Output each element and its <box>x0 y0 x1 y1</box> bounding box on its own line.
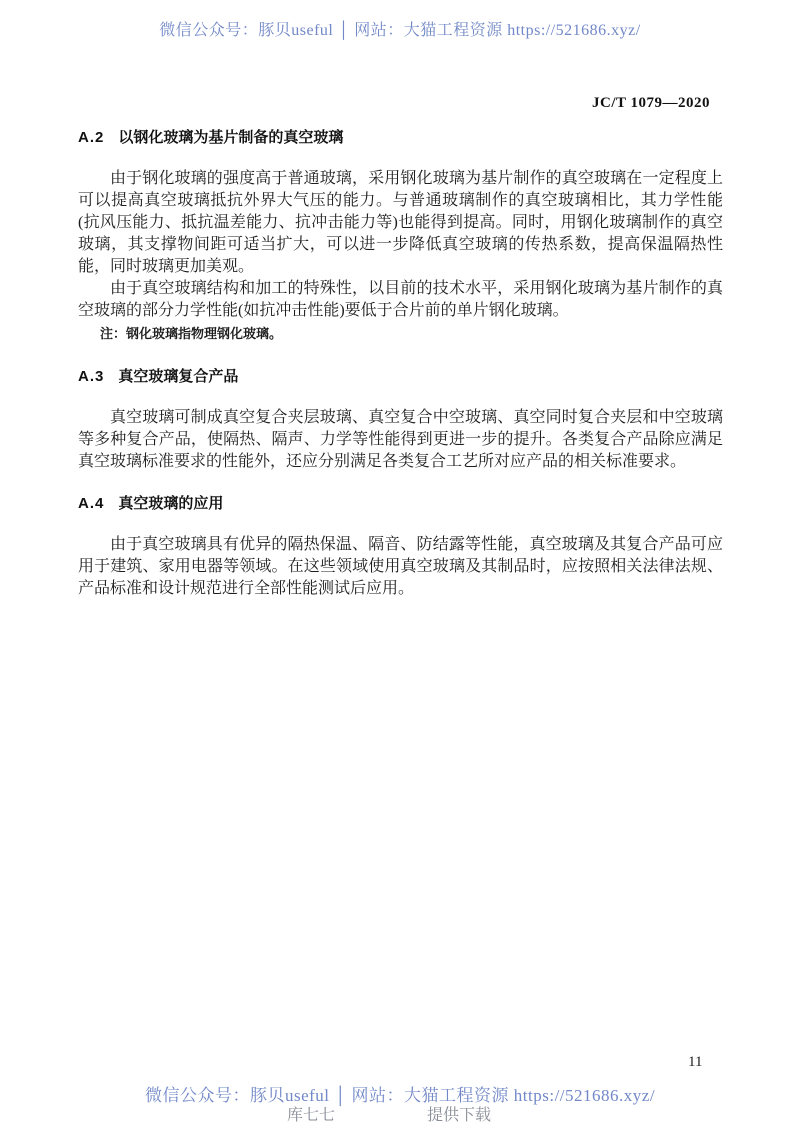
section-number: A.4 <box>78 495 104 513</box>
section-title: 真空玻璃的应用 <box>118 495 223 513</box>
section-title: 以钢化玻璃为基片制备的真空玻璃 <box>118 129 343 147</box>
section-heading-a3: A.3 真空玻璃复合产品 <box>78 368 723 386</box>
section-number: A.2 <box>78 129 104 147</box>
download-label: 提供下载 <box>427 1102 491 1125</box>
section-heading-a2: A.2 以钢化玻璃为基片制备的真空玻璃 <box>78 129 723 147</box>
header-watermark: 微信公众号：豚贝useful │ 网站：大猫工程资源 https://52168… <box>0 17 800 40</box>
source-site-name: 库七七 <box>287 1102 335 1125</box>
paragraph: 真空玻璃可制成真空复合夹层玻璃、真空复合中空玻璃、真空同时复合夹层和中空玻璃等多… <box>78 407 723 473</box>
document-body: A.2 以钢化玻璃为基片制备的真空玻璃 由于钢化玻璃的强度高于普通玻璃，采用钢化… <box>78 129 723 600</box>
note-text: 注：钢化玻璃指物理钢化玻璃。 <box>100 325 723 342</box>
paragraph: 由于真空玻璃结构和加工的特殊性，以目前的技术水平，采用钢化玻璃为基片制作的真空玻… <box>78 278 723 322</box>
footer-download-line: 库七七 提供下载 <box>0 1102 800 1122</box>
paragraph: 由于钢化玻璃的强度高于普通玻璃，采用钢化玻璃为基片制作的真空玻璃在一定程度上可以… <box>78 168 723 278</box>
standard-number: JC/T 1079—2020 <box>592 95 710 112</box>
section-number: A.3 <box>78 368 104 386</box>
section-title: 真空玻璃复合产品 <box>118 368 238 386</box>
paragraph: 由于真空玻璃具有优异的隔热保温、隔音、防结露等性能，真空玻璃及其复合产品可应用于… <box>78 534 723 600</box>
document-page: 微信公众号：豚贝useful │ 网站：大猫工程资源 https://52168… <box>0 0 800 1132</box>
page-number: 11 <box>688 1054 702 1071</box>
section-heading-a4: A.4 真空玻璃的应用 <box>78 495 723 513</box>
